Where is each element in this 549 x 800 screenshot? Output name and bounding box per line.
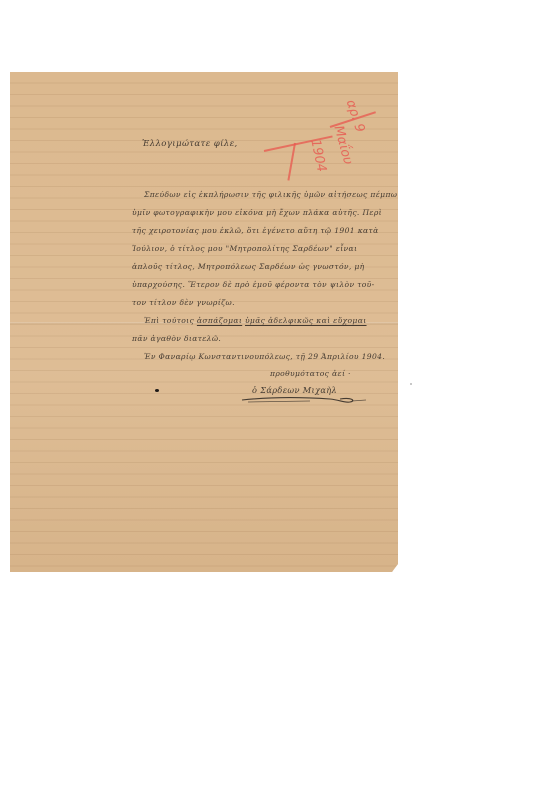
signature-flourish (240, 393, 370, 405)
closing-underlined-text: ὑμᾶς ἀδελφικῶς καὶ εὔχομαι (245, 316, 367, 325)
scan-speck (410, 383, 412, 385)
body-line-7: τον τίτλον δὲν γνωρίζω. (132, 298, 235, 307)
closing-line-2: πᾶν ἀγαθὸν διατελῶ. (132, 334, 221, 343)
body-line-5: ἁπλοῦς τίτλος, Μητροπόλεως Σαρδέων ὡς γν… (132, 262, 365, 271)
ink-dot (155, 389, 159, 392)
body-line-2: ὑμῖν φωτογραφικὴν μου εἰκόνα μὴ ἔχων πλά… (132, 208, 382, 217)
place-date: Ἐν Φαναρίῳ Κωνσταντινουπόλεως, τῇ 29 Ἀπρ… (144, 352, 385, 361)
closing-underlined-text: ἀσπάζομαι (197, 316, 242, 325)
closing-line-1: Ἐπὶ τούτοις ἀσπάζομαι ὑμᾶς ἀδελφικῶς καὶ… (144, 316, 367, 325)
body-line-1: Σπεύδων εἰς ἐκπλήρωσιν τῆς φιλικῆς ὑμῶν … (144, 190, 397, 199)
closing-text: Ἐπὶ τούτοις (144, 316, 197, 325)
body-line-6: ὑπαρχούσης. Ἕτερον δὲ πρὸ ἐμοῦ φέροντα τ… (132, 280, 375, 289)
body-line-4: Ἰούλιον, ὁ τίτλος μου "Μητροπολίτης Σαρδ… (132, 244, 357, 253)
salutation: Ἐλλογιμώτατε φίλε, (142, 139, 238, 149)
valediction: προθυμότατος ἀεί · (270, 369, 351, 378)
body-line-3: τῆς χειροτονίας μου ἐκλῶ, ὅτι ἐγένετο αὕ… (132, 226, 379, 235)
